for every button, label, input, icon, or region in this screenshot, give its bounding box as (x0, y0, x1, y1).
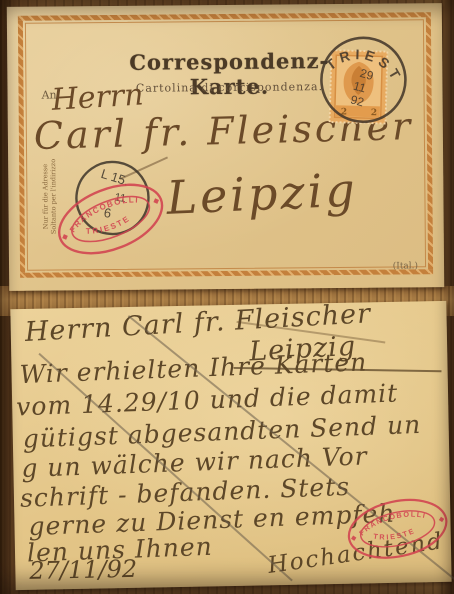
ital-corner-note: (Ital.) (393, 261, 418, 271)
postcard-front: Correspondenz-Karte. Cartolina di corris… (7, 3, 444, 291)
side-note-italian: Soltanto per l'indirizzo (49, 121, 58, 271)
postmark-year: 92 (349, 92, 366, 109)
handwritten-city: Leipzig (165, 163, 359, 225)
side-note-vertical: Nur für die Adresse Soltanto per l'indir… (41, 121, 58, 271)
postcard-back: Herrn Carl fr. Fleischer Leipzig Wir erh… (10, 301, 451, 590)
message-date: 27/11/92 (29, 555, 137, 585)
postcard-photo: Correspondenz-Karte. Cartolina di corris… (0, 0, 454, 594)
